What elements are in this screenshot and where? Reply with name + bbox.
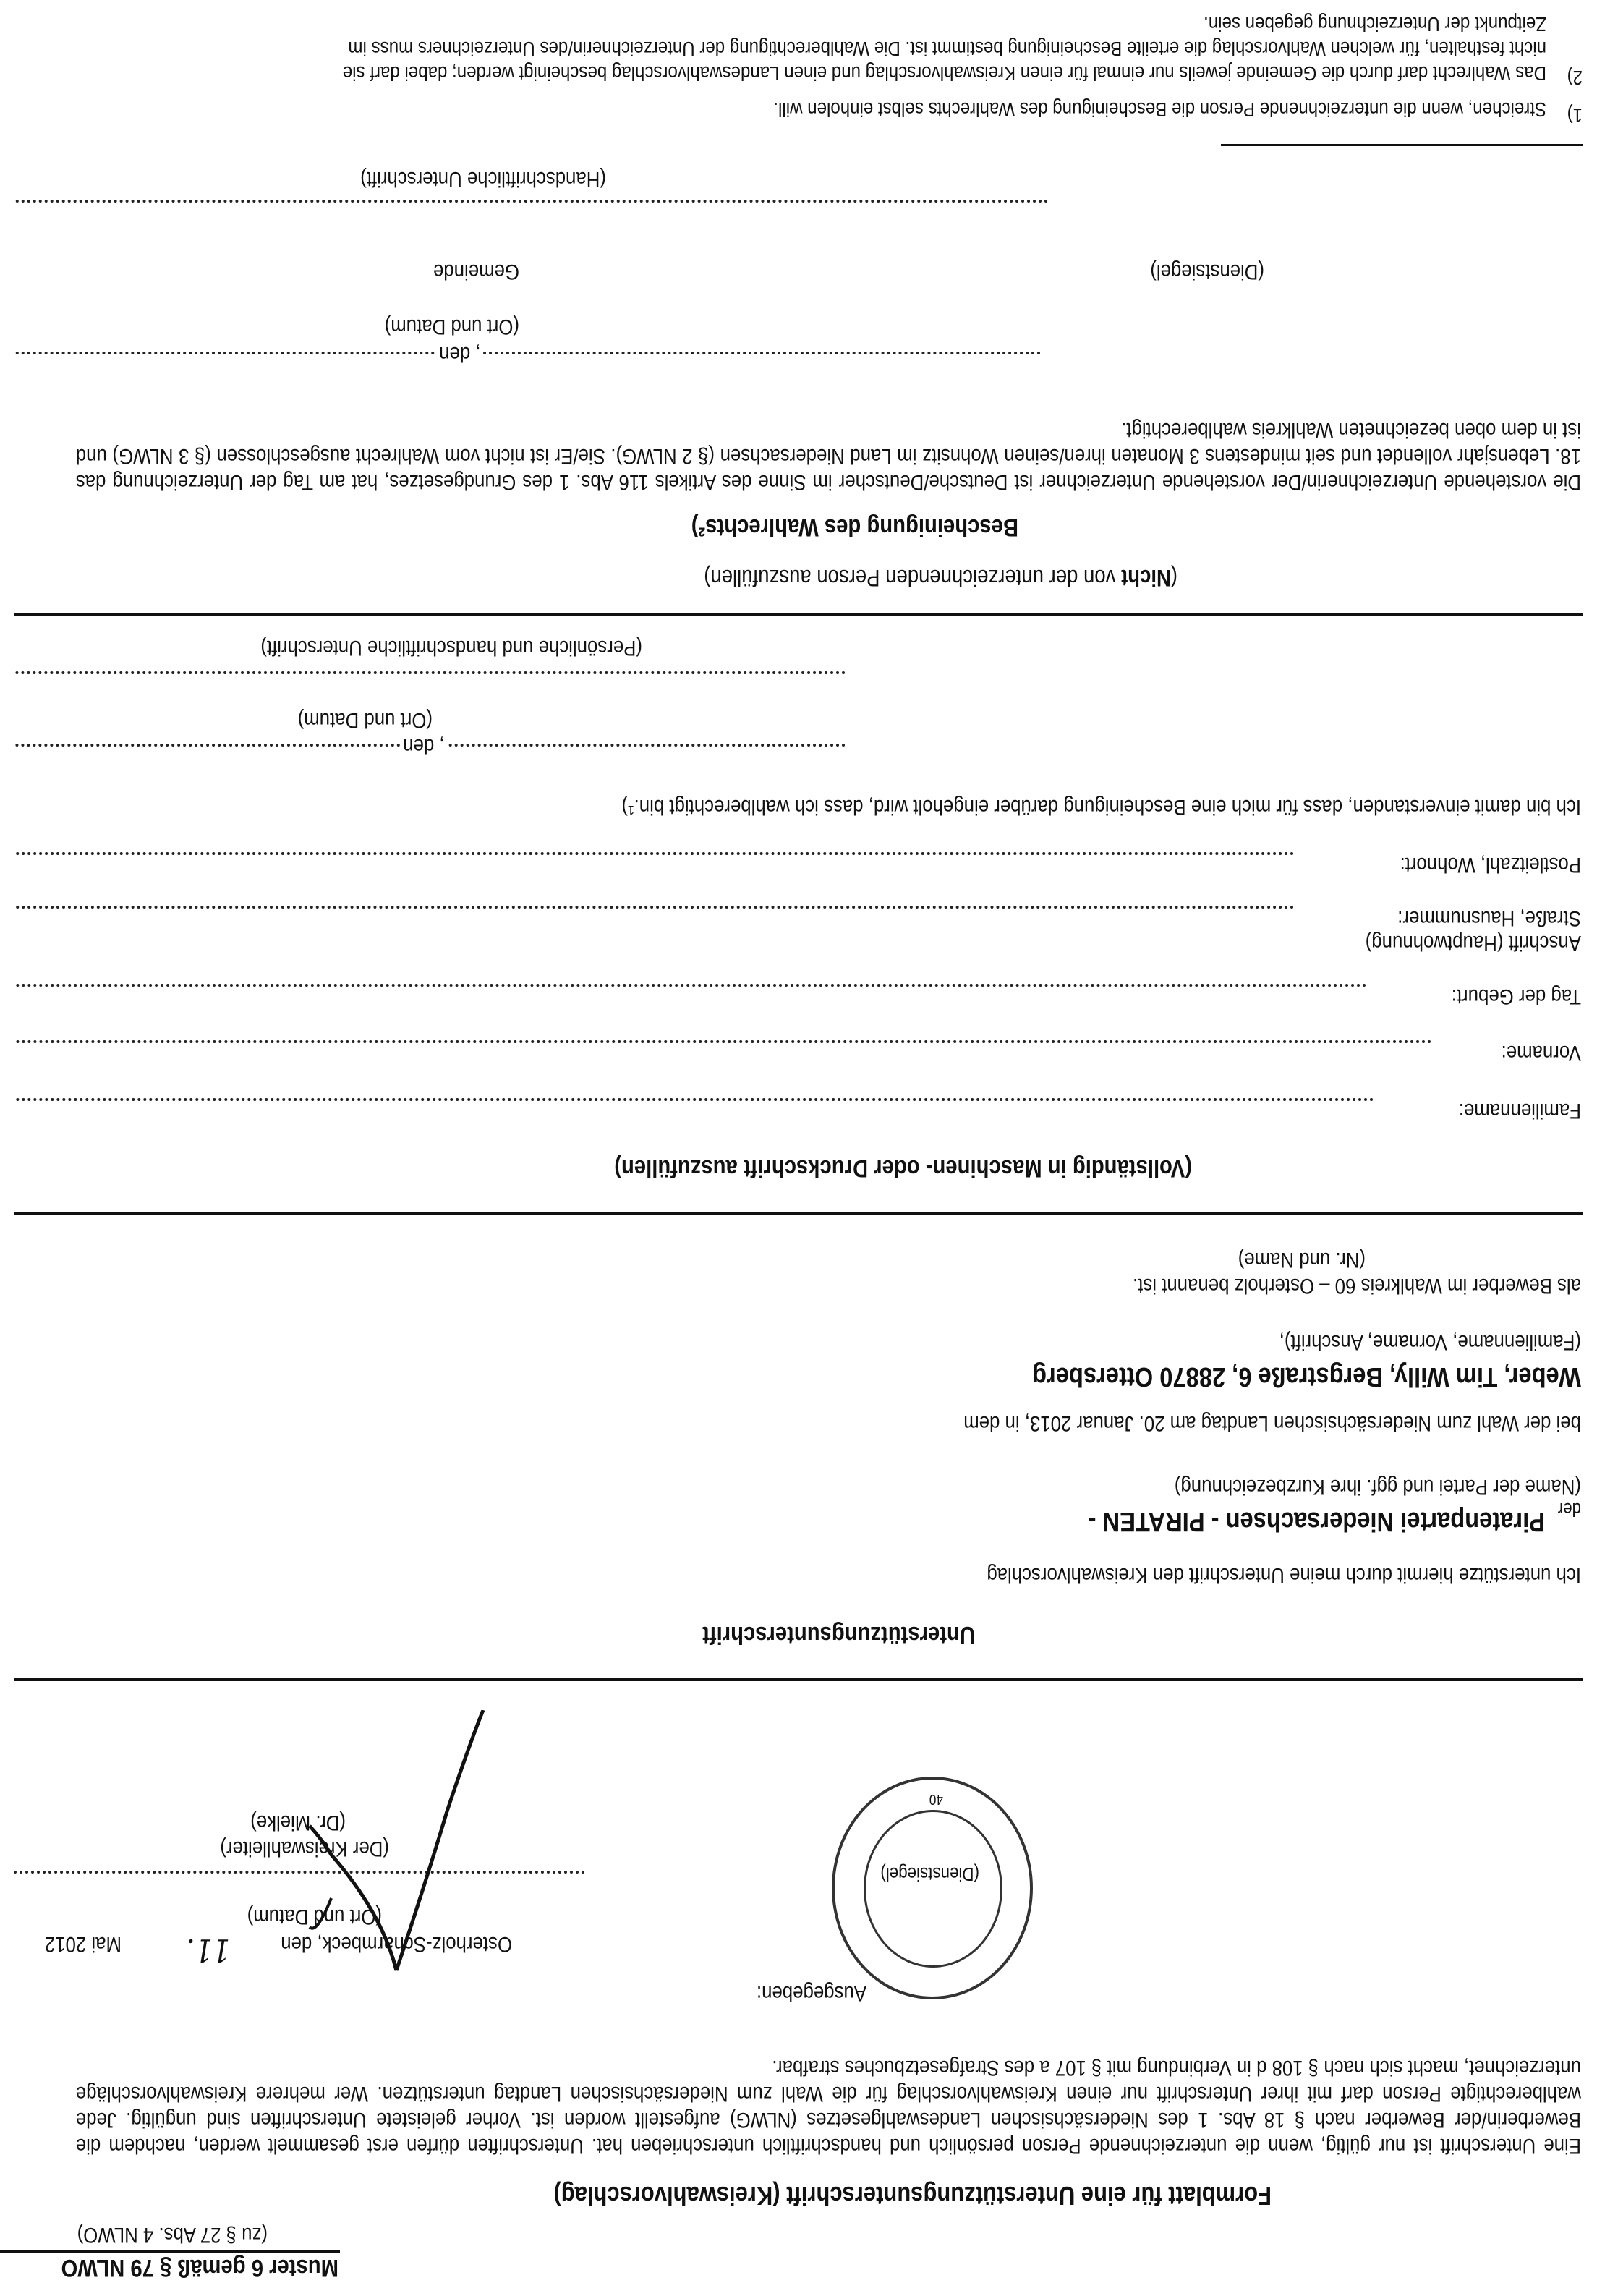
municipality-place-date-caption: (Ort und Datum) xyxy=(385,312,519,340)
footnote-1-mark: 1) xyxy=(1567,101,1583,129)
party-name-caption: (Name der Partei und ggf. ihre Kurzbezei… xyxy=(1175,1473,1581,1500)
form-model-subtitle: (zu § 27 Abs. 4 NLWO) xyxy=(77,2221,268,2248)
personal-heading: (Vollständig in Maschinen- oder Drucksch… xyxy=(614,1155,1192,1182)
seal-inner-ring xyxy=(864,1810,1002,1968)
field-label-plz-wohnort: Postleitzahl, Wohnort: xyxy=(1400,851,1581,878)
footnote-2-mark: 2) xyxy=(1567,64,1583,91)
support-statement: Ich unterstütze hiermit durch meine Unte… xyxy=(987,1561,1581,1589)
signer-signature-input[interactable] xyxy=(14,671,845,677)
election-text: bei der Wahl zum Niedersächsischen Landt… xyxy=(963,1409,1581,1437)
familienname-input[interactable] xyxy=(14,1098,1373,1104)
municipality-caption: Gemeinde xyxy=(433,258,519,285)
consent-text: Ich bin damit einverstanden, dass für mi… xyxy=(621,793,1581,820)
form-model-title: Muster 6 gemäß § 79 NLWO xyxy=(61,2254,338,2282)
municipality-seal-caption: (Dienstsiegel) xyxy=(1150,258,1264,285)
section-divider-3 xyxy=(14,613,1583,616)
signer-signature-caption: (Persönliche und handschriftliche Unters… xyxy=(260,634,642,661)
signer-den-label: , den xyxy=(401,732,447,760)
not-by-signer-note: (Nicht von der unterzeichnenden Person a… xyxy=(704,564,1177,592)
issued-month-year: Mai 2012 xyxy=(45,1930,122,1957)
field-label-strasse: Straße, Hausnummer: xyxy=(1397,904,1581,932)
header-underline xyxy=(0,2250,340,2253)
seal-caption: (Dienstsiegel) xyxy=(880,1861,979,1888)
field-label-anschrift: Anschrift (Hauptwohnung) xyxy=(1366,929,1581,956)
official-seal-stamp: (Dienstsiegel) 40 Landkreis Osterholz xyxy=(832,1777,1033,1999)
intro-paragraph: Eine Unterschrift ist nur gültig, wenn d… xyxy=(76,2054,1581,2159)
certification-heading: Bescheinigung des Wahlrechts²) xyxy=(691,514,1018,541)
seal-number: 40 xyxy=(929,1785,943,1813)
candidate-value: Weber, Tim Willy, Bergstraße 6, 28870 Ot… xyxy=(1032,1363,1581,1390)
vorname-input[interactable] xyxy=(14,1040,1431,1046)
issued-label: Ausgegeben: xyxy=(757,1979,866,2007)
section-divider-2 xyxy=(14,1212,1583,1215)
support-heading: Unterstützungsunterschrift xyxy=(702,1621,975,1649)
footnote-2-text: Das Wahlrecht darf durch die Gemeinde je… xyxy=(315,12,1546,85)
section-divider-1 xyxy=(14,1678,1583,1681)
signer-place-date-caption: (Ort und Datum) xyxy=(298,706,433,734)
footnote-1-text: Streichen, wenn die unterzeichnende Pers… xyxy=(773,95,1546,123)
field-label-geburtstag: Tag der Geburt: xyxy=(1452,982,1581,1010)
footnote-divider xyxy=(1221,144,1583,146)
strasse-input[interactable] xyxy=(14,906,1293,911)
party-name-value: Piratenpartei Niedersachsen - PIRATEN - xyxy=(1089,1508,1545,1535)
issuer-signature-line[interactable] xyxy=(13,1871,584,1876)
field-label-vorname: Vorname: xyxy=(1502,1039,1581,1066)
geburtstag-input[interactable] xyxy=(14,984,1366,990)
form-page-rotated: Muster 6 gemäß § 79 NLWO (zu § 27 Abs. 4… xyxy=(0,0,1597,2296)
district-caption: (Nr. und Name) xyxy=(1238,1246,1366,1273)
plz-wohnort-input[interactable] xyxy=(14,852,1293,858)
not-by-signer-rest: von der unterzeichnenden Person auszufül… xyxy=(704,565,1121,591)
municipality-signature-caption: (Handschriftliche Unterschrift) xyxy=(360,165,606,192)
municipality-place-date-input[interactable] xyxy=(14,352,1040,357)
issued-day-handwritten: 11. xyxy=(187,1936,230,1963)
form-title: Formblatt für eine Unterstützungsuntersc… xyxy=(553,2182,1272,2209)
handwritten-signature-icon xyxy=(302,1710,490,1978)
municipality-den-label: , den xyxy=(437,340,483,367)
district-text: als Bewerber im Wahlkreis 60 – Osterholz… xyxy=(1133,1272,1581,1299)
candidate-caption: (Familienname, Vorname, Anschrift), xyxy=(1279,1328,1581,1356)
field-label-familienname: Familienname: xyxy=(1459,1097,1581,1124)
not-by-signer-bold: Nicht xyxy=(1121,565,1171,591)
municipality-signature-input[interactable] xyxy=(14,200,1047,205)
certification-paragraph: Die vorstehende Unterzeichnerin/Der vors… xyxy=(76,417,1581,495)
